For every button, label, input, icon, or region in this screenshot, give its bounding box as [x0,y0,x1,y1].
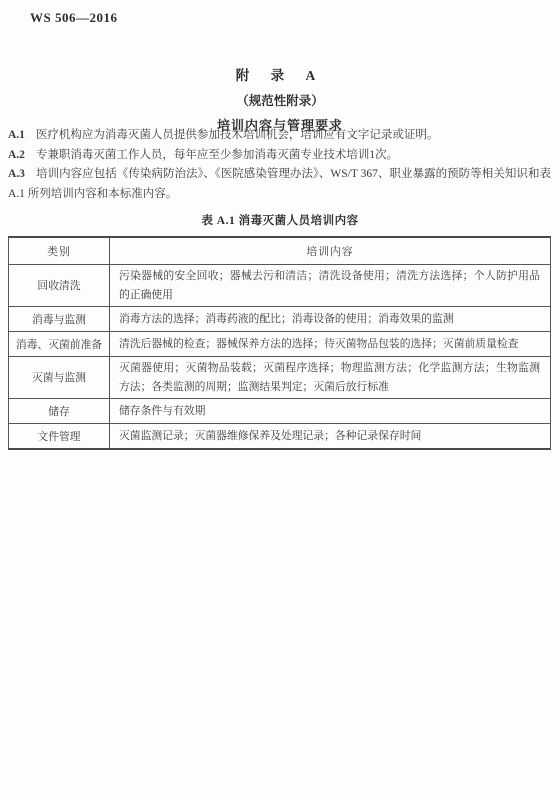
standard-number: WS 506—2016 [30,10,117,26]
category-cell: 回收清洗 [9,265,110,307]
table-row: 储存 储存条件与有效期 [9,399,551,424]
document-page: WS 506—2016 附 录 A （规范性附录） 培训内容与管理要求 A.1医… [0,0,560,800]
table-row: 文件管理 灭菌监测记录；灭菌器维修保养及处理记录；各种记录保存时间 [9,424,551,450]
training-content-table: 类别 培训内容 回收清洗 污染器械的安全回收；器械去污和清洁；清洗设备使用；清洗… [8,236,551,450]
category-cell: 消毒、灭菌前准备 [9,332,110,357]
table-row: 消毒、灭菌前准备 清洗后器械的检查；器械保养方法的选择；待灭菌物品包装的选择；灭… [9,332,551,357]
table-row: 消毒与监测 消毒方法的选择；消毒药液的配比；消毒设备的使用；消毒效果的监测 [9,307,551,332]
content-cell: 清洗后器械的检查；器械保养方法的选择；待灭菌物品包装的选择；灭菌前质量检查 [110,332,551,357]
content-cell: 灭菌器使用；灭菌物品装载；灭菌程序选择；物理监测方法；化学监测方法；生物监测方法… [110,357,551,399]
clause-text: 专兼职消毒灭菌工作人员，每年应至少参加消毒灭菌专业技术培训1次。 [36,149,398,161]
column-header-category: 类别 [9,237,110,265]
category-cell: 储存 [9,399,110,424]
content-cell: 储存条件与有效期 [110,399,551,424]
appendix-title: 附 录 A [0,64,560,84]
clause-text: 医疗机构应为消毒灭菌人员提供参加技术培训机会，培训应有文字记录或证明。 [36,129,439,141]
content-cell: 污染器械的安全回收；器械去污和清洁；清洗设备使用；清洗方法选择；个人防护用品的正… [110,265,551,307]
clause-label: A.2 [8,149,25,161]
clause-list: A.1医疗机构应为消毒灭菌人员提供参加技术培训机会，培训应有文字记录或证明。 A… [8,126,551,204]
category-cell: 消毒与监测 [9,307,110,332]
table-row: 回收清洗 污染器械的安全回收；器械去污和清洁；清洗设备使用；清洗方法选择；个人防… [9,265,551,307]
clause-label: A.1 [8,129,25,141]
content-cell: 消毒方法的选择；消毒药液的配比；消毒设备的使用；消毒效果的监测 [110,307,551,332]
clause-label: A.3 [8,168,25,180]
table-caption: 表 A.1 消毒灭菌人员培训内容 [0,212,560,228]
clause-a2: A.2专兼职消毒灭菌工作人员，每年应至少参加消毒灭菌专业技术培训1次。 [8,146,551,166]
clause-a3: A.3培训内容应包括《传染病防治法》、《医院感染管理办法》、WS/T 367、职… [8,165,551,204]
table-header-row: 类别 培训内容 [9,237,551,265]
column-header-content: 培训内容 [110,237,551,265]
category-cell: 灭菌与监测 [9,357,110,399]
appendix-subtitle: （规范性附录） [0,91,560,109]
content-cell: 灭菌监测记录；灭菌器维修保养及处理记录；各种记录保存时间 [110,424,551,450]
table-row: 灭菌与监测 灭菌器使用；灭菌物品装载；灭菌程序选择；物理监测方法；化学监测方法；… [9,357,551,399]
clause-a1: A.1医疗机构应为消毒灭菌人员提供参加技术培训机会，培训应有文字记录或证明。 [8,126,551,146]
clause-text: 培训内容应包括《传染病防治法》、《医院感染管理办法》、WS/T 367、职业暴露… [8,168,551,200]
appendix-header: 附 录 A （规范性附录） 培训内容与管理要求 [0,64,560,134]
category-cell: 文件管理 [9,424,110,450]
